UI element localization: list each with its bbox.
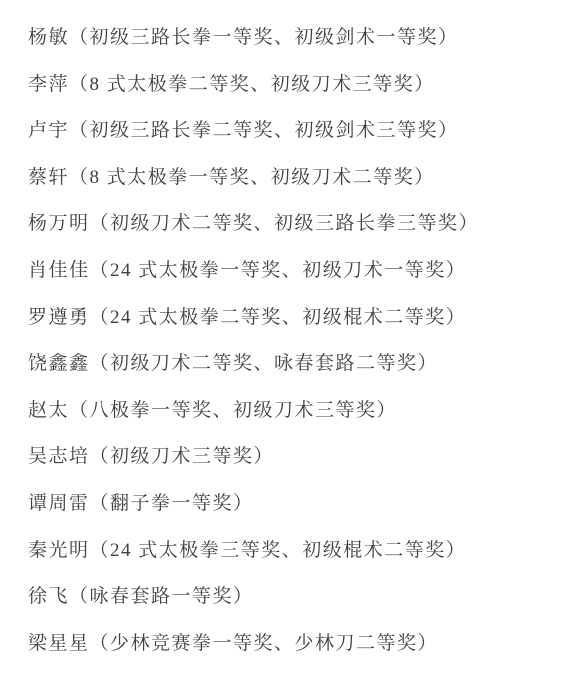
award-line-3: 卢宇（初级三路长拳二等奖、初级剑术三等奖） xyxy=(28,108,546,155)
award-line-2: 李萍（8 式太极拳二等奖、初级刀术三等奖） xyxy=(28,62,546,109)
award-line-6: 肖佳佳（24 式太极拳一等奖、初级刀术一等奖） xyxy=(28,248,546,295)
award-line-13: 徐飞（咏春套路一等奖） xyxy=(28,574,546,621)
award-line-8: 饶鑫鑫（初级刀术二等奖、咏春套路二等奖） xyxy=(28,341,546,388)
award-line-1: 杨敏（初级三路长拳一等奖、初级剑术一等奖） xyxy=(28,15,546,62)
document-page: 杨敏（初级三路长拳一等奖、初级剑术一等奖） 李萍（8 式太极拳二等奖、初级刀术三… xyxy=(0,0,562,678)
award-line-7: 罗遵勇（24 式太极拳二等奖、初级棍术二等奖） xyxy=(28,295,546,342)
award-line-12: 秦光明（24 式太极拳三等奖、初级棍术二等奖） xyxy=(28,528,546,575)
award-line-5: 杨万明（初级刀术二等奖、初级三路长拳三等奖） xyxy=(28,201,546,248)
award-line-9: 赵太（八极拳一等奖、初级刀术三等奖） xyxy=(28,388,546,435)
award-line-11: 谭周雷（翻子拳一等奖） xyxy=(28,481,546,528)
award-line-14: 梁星星（少林竞赛拳一等奖、少林刀二等奖） xyxy=(28,621,546,668)
award-line-4: 蔡轩（8 式太极拳一等奖、初级刀术二等奖） xyxy=(28,155,546,202)
award-line-10: 吴志培（初级刀术三等奖） xyxy=(28,434,546,481)
